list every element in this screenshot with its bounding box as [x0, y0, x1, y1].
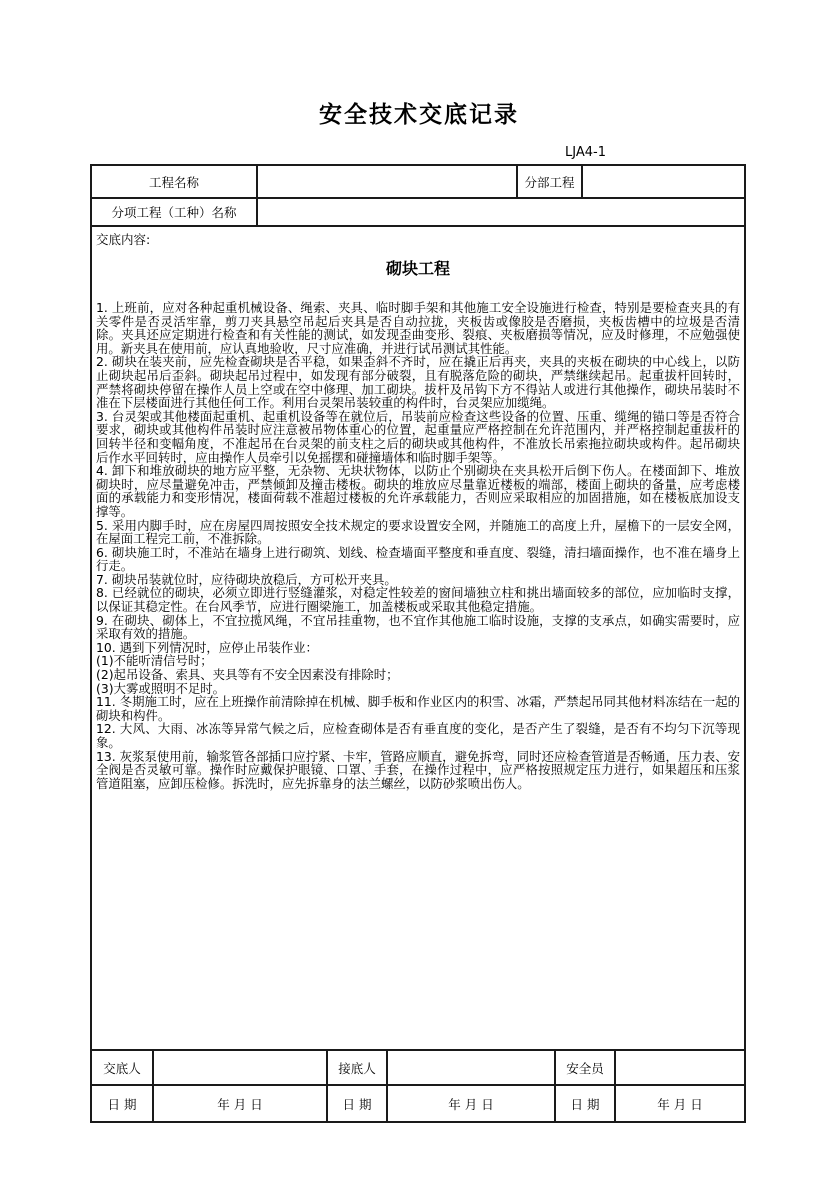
- paragraph: (1)不能听清信号时；: [96, 654, 740, 668]
- paragraph: 12. 大风、大雨、冰冻等异常气候之后，应检查砌体是否有垂直度的变化，是否产生了…: [96, 722, 740, 749]
- paragraph: 1. 上班前，应对各种起重机械设备、绳索、夹具、临时脚手架和其他施工安全设施进行…: [96, 301, 740, 355]
- content-row: 交底内容: 砌块工程 1. 上班前，应对各种起重机械设备、绳索、夹具、临时脚手架…: [92, 227, 744, 1051]
- paragraph: 5. 采用内脚手时，应在房屋四周按照安全技术规定的要求设置安全网，并随施工的高度…: [96, 519, 740, 546]
- form-code: LJA4-1: [90, 145, 746, 160]
- division-field[interactable]: [583, 166, 744, 197]
- paragraph: 7. 砌块吊装就位时，应待砌块放稳后，方可松开夹具。: [96, 573, 740, 587]
- subitem-label: 分项工程（工种）名称: [92, 199, 258, 225]
- disclosure-content-cell: 交底内容: 砌块工程 1. 上班前，应对各种起重机械设备、绳索、夹具、临时脚手架…: [92, 227, 744, 1049]
- project-name-label: 工程名称: [92, 166, 258, 197]
- paragraph: (2)起吊设备、索具、夹具等有不安全因素没有排除时；: [96, 668, 740, 682]
- paragraph: 8. 已经就位的砌块，必须立即进行竖缝灌浆，对稳定性较差的窗间墙独立柱和挑出墙面…: [96, 586, 740, 613]
- date-label-2: 日 期: [328, 1086, 388, 1121]
- receiver-label: 接底人: [328, 1051, 388, 1084]
- project-row: 工程名称 分部工程: [92, 166, 744, 199]
- content-body: 1. 上班前，应对各种起重机械设备、绳索、夹具、临时脚手架和其他施工安全设施进行…: [96, 301, 740, 790]
- project-name-field[interactable]: [258, 166, 518, 197]
- page-title: 安全技术交底记录: [0, 0, 838, 129]
- date-field-1[interactable]: 年 月 日: [154, 1086, 328, 1121]
- paragraph: 6. 砌块施工时，不准站在墙身上进行砌筑、划线、检查墙面平整度和垂直度、裂缝，清…: [96, 546, 740, 573]
- subitem-row: 分项工程（工种）名称: [92, 199, 744, 227]
- discloser-label: 交底人: [92, 1051, 154, 1084]
- paragraph: 11. 冬期施工时，应在上班操作前清除掉在机械、脚手板和作业区内的积雪、冰霜，严…: [96, 695, 740, 722]
- content-label: 交底内容:: [96, 230, 740, 248]
- document-page: 安全技术交底记录 LJA4-1 工程名称 分部工程 分项工程（工种）名称 交底内…: [0, 0, 838, 1186]
- paragraph: (3)大雾或照明不足时。: [96, 682, 740, 696]
- receiver-signature-field[interactable]: [388, 1051, 556, 1084]
- safety-officer-signature-field[interactable]: [616, 1051, 744, 1084]
- date-row: 日 期 年 月 日 日 期 年 月 日 日 期 年 月 日: [92, 1086, 744, 1121]
- subitem-field[interactable]: [258, 199, 744, 225]
- date-label-3: 日 期: [556, 1086, 616, 1121]
- safety-officer-label: 安全员: [556, 1051, 616, 1084]
- signature-row: 交底人 接底人 安全员: [92, 1051, 744, 1086]
- paragraph: 9. 在砌块、砌体上，不宜拉揽风绳，不宜吊挂重物，也不宜作其他施工临时设施，支撑…: [96, 614, 740, 641]
- date-field-2[interactable]: 年 月 日: [388, 1086, 556, 1121]
- paragraph: 2. 砌块在装夹前，应先检查砌块是否平稳，如果歪斜不齐时，应在撬正后再夹，夹具的…: [96, 355, 740, 409]
- paragraph: 3. 台灵架或其他楼面起重机、起重机设备等在就位后，吊装前应检查这些设备的位置、…: [96, 410, 740, 464]
- discloser-signature-field[interactable]: [154, 1051, 328, 1084]
- record-table: 工程名称 分部工程 分项工程（工种）名称 交底内容: 砌块工程 1. 上班前，应…: [90, 164, 746, 1123]
- paragraph: 13. 灰浆泵使用前，输浆管各部插口应拧紧、卡牢，管路应顺直，避免拆弯，同时还应…: [96, 750, 740, 791]
- date-field-3[interactable]: 年 月 日: [616, 1086, 744, 1121]
- content-heading: 砌块工程: [96, 256, 740, 279]
- division-label: 分部工程: [518, 166, 583, 197]
- paragraph: 4. 卸下和堆放砌块的地方应平整，无杂物、无块状物体，以防止个别砌块在夹具松开后…: [96, 464, 740, 518]
- paragraph: 10. 遇到下列情况时，应停止吊装作业：: [96, 641, 740, 655]
- date-label-1: 日 期: [92, 1086, 154, 1121]
